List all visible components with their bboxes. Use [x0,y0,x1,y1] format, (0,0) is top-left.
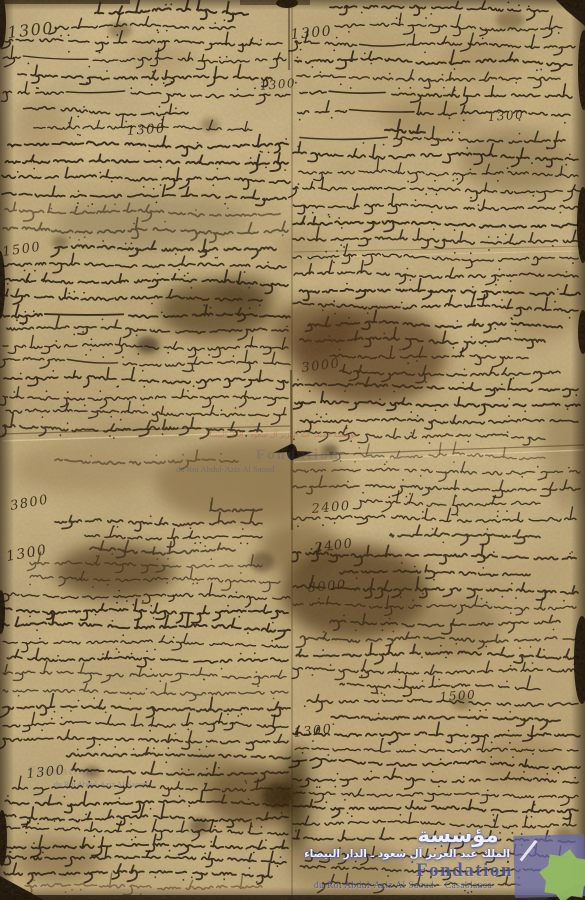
manuscript-page: 1300130013001500380013001300130013003000… [0,0,585,900]
manuscript-scan-canvas: 1300130013001500380013001300130013003000… [0,0,585,900]
paper-grain [0,0,585,900]
